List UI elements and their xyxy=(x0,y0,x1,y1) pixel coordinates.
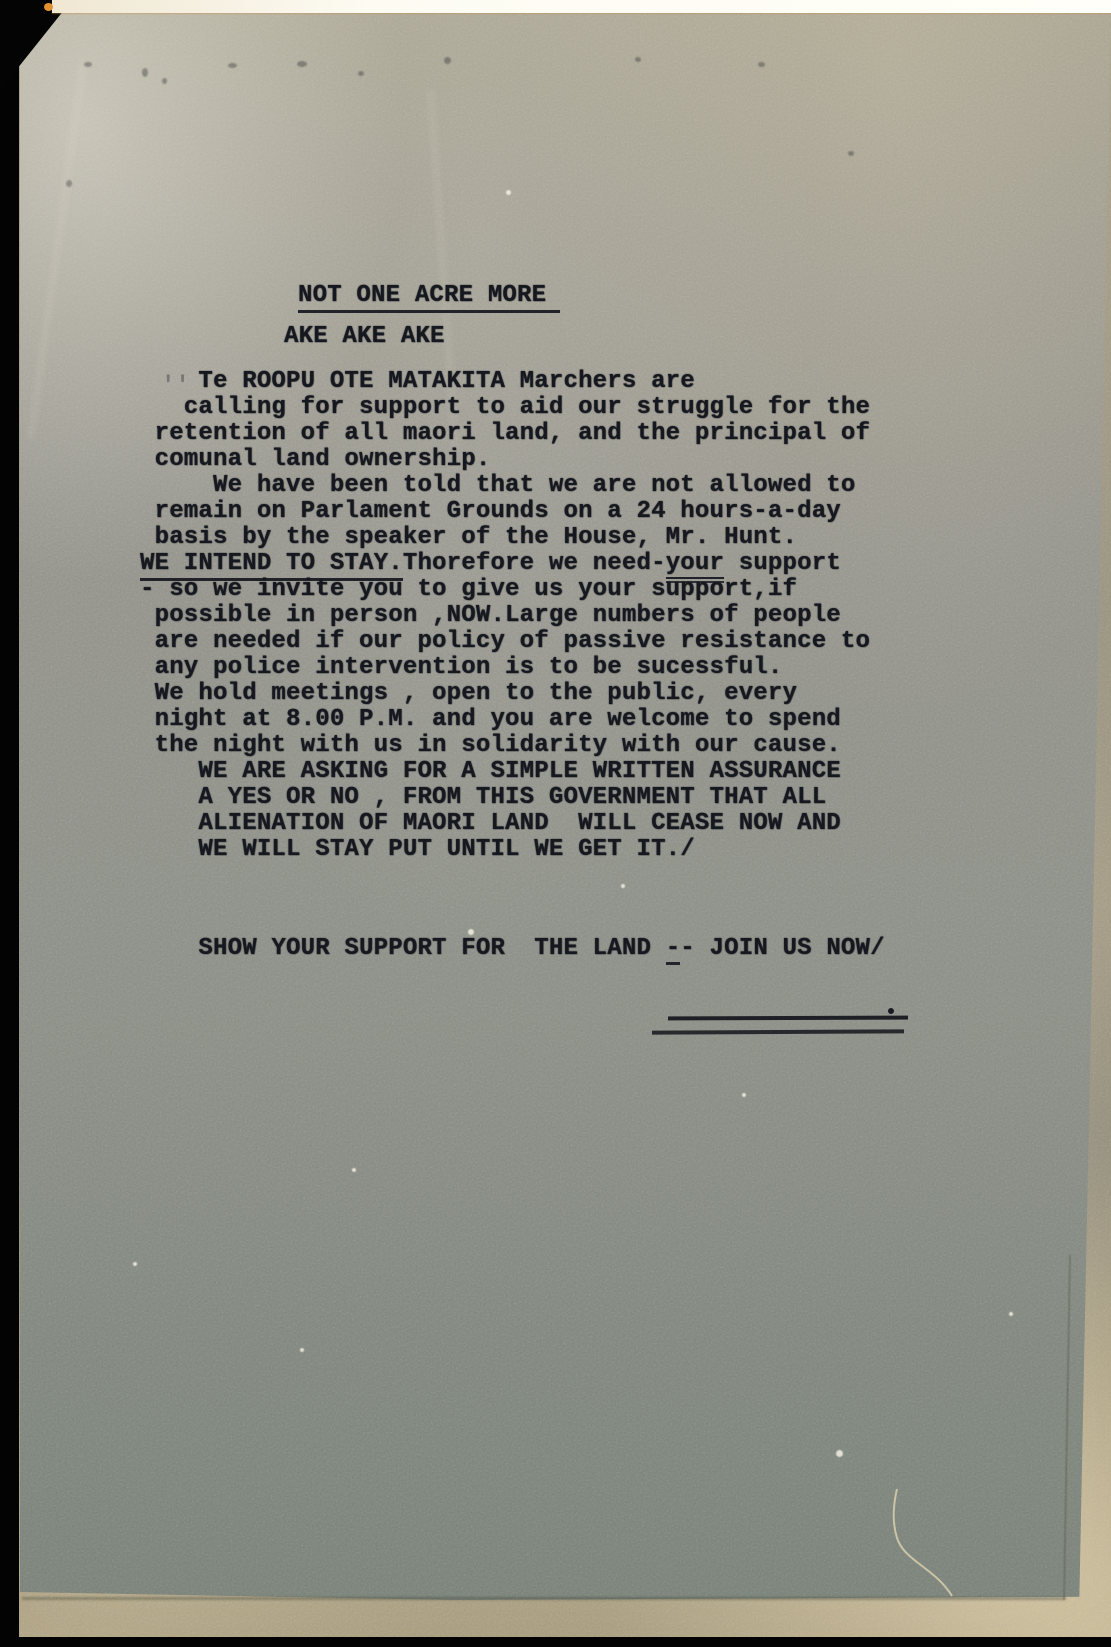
exclamation-dot xyxy=(888,1008,894,1014)
typed-line: night at 8.00 P.M. and you are welcome t… xyxy=(140,707,885,733)
subtitle-line: AKE AKE AKE xyxy=(140,324,885,350)
typed-line: Te ROOPU OTE MATAKITA Marchers are xyxy=(140,369,885,395)
slogan-line: SHOW YOUR SUPPORT FOR THE LAND -- JOIN U… xyxy=(140,936,885,962)
intend-line: WE INTEND TO STAY.Thorefore we need-your… xyxy=(140,551,885,577)
intend-emphasized-text: your xyxy=(666,550,724,579)
black-border-bottom xyxy=(0,1637,1111,1647)
film-edge-dot xyxy=(44,3,53,11)
slogan-underline-rule-1 xyxy=(668,1016,908,1021)
spacer xyxy=(140,863,885,936)
typed-line: are needed if our policy of passive resi… xyxy=(140,629,885,655)
typed-line: ALIENATION OF MAORI LAND WILL CEASE NOW … xyxy=(140,811,885,837)
typed-line: We have been told that we are not allowe… xyxy=(140,473,885,499)
typed-line: remain on Parlament Grounds on a 24 hour… xyxy=(140,499,885,525)
typed-line: the night with us in solidarity with our… xyxy=(140,733,885,759)
slogan-tail-text: JOIN US NOW/ xyxy=(710,935,885,962)
white-border-top xyxy=(52,0,1111,13)
typed-line: - so we invite you to give us your suppo… xyxy=(140,577,885,603)
document-title: NOT ONE ACRE MORE xyxy=(298,282,560,313)
typed-text: NOT ONE ACRE MORE AKE AKE AKE Te ROOPU O… xyxy=(140,283,885,962)
faint-typed-marks: '' xyxy=(161,373,190,400)
slogan-lead-text: SHOW YOUR SUPPORT FOR THE LAND xyxy=(140,935,666,962)
title-line: NOT ONE ACRE MORE xyxy=(140,283,885,309)
document-subtitle: AKE AKE AKE xyxy=(284,323,445,350)
intend-mid-text: Thorefore we need- xyxy=(403,550,666,577)
black-border-left xyxy=(0,0,19,1647)
typed-line: A YES OR NO , FROM THIS GOVERNMENT THAT … xyxy=(140,785,885,811)
sheet-bottom-edge xyxy=(22,1597,1066,1600)
typed-line: basis by the speaker of the House, Mr. H… xyxy=(140,525,885,551)
typed-line: comunal land ownership. xyxy=(140,447,885,473)
typed-line: We hold meetings , open to the public, e… xyxy=(140,681,885,707)
typed-line: calling for support to aid our struggle … xyxy=(140,395,885,421)
typed-line: WE ARE ASKING FOR A SIMPLE WRITTEN ASSUR… xyxy=(140,759,885,785)
slogan-underlined-dash: - xyxy=(666,935,681,965)
slogan-dash: - xyxy=(680,935,709,962)
typed-line: WE WILL STAY PUT UNTIL WE GET IT./ xyxy=(140,837,885,863)
typed-line: retention of all maori land, and the pri… xyxy=(140,421,885,447)
typed-line: any police intervention is to be sucessf… xyxy=(140,655,885,681)
intend-tail-text: support xyxy=(724,550,841,577)
typed-line: possible in person ,NOW.Large numbers of… xyxy=(140,603,885,629)
spacer xyxy=(140,350,885,369)
